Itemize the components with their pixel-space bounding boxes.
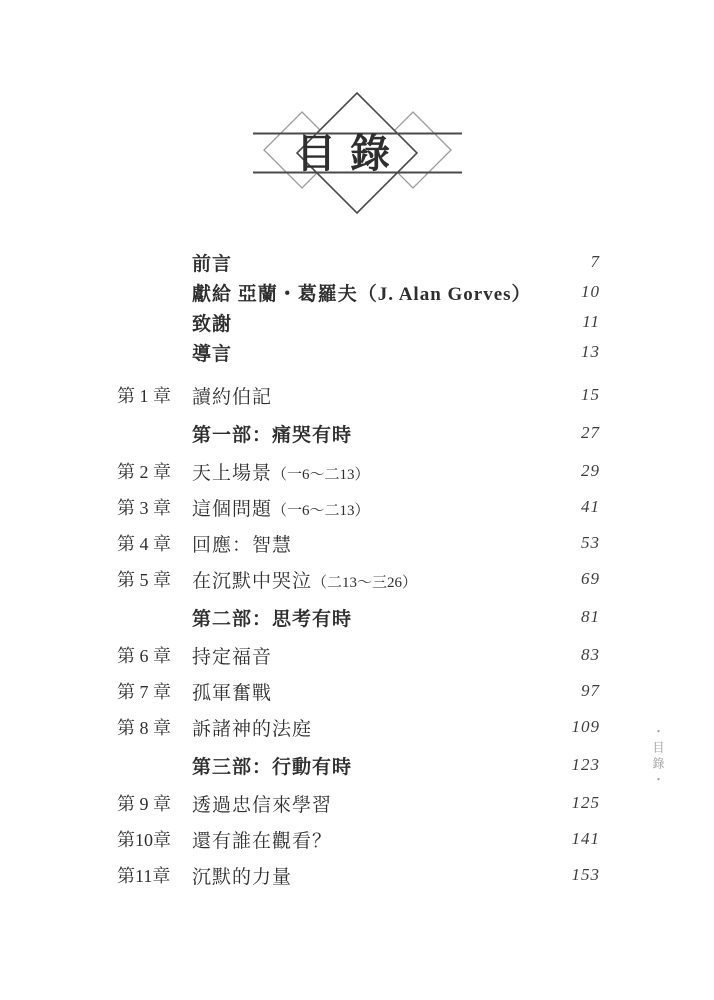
toc-row: 第 9 章 透過忠信來學習 125 <box>117 785 600 821</box>
chapter-number-label: 第 5 章 <box>117 566 192 592</box>
entry-page-number: 97 <box>581 681 600 701</box>
entry-page-number: 7 <box>591 252 601 272</box>
entry-title: 天上場景（一6～二13） <box>192 458 581 485</box>
entry-title: 透過忠信來學習 <box>192 790 572 817</box>
entry-title: 導言 <box>192 339 581 366</box>
toc-row: 第11章 沉默的力量 153 <box>117 857 600 893</box>
entry-page-number: 53 <box>581 533 600 553</box>
chapter-list: 第 1 章 讀約伯記 15 第一部：痛哭有時 27 第 2 章 天上場景（一6～… <box>117 377 600 893</box>
toc-row: 第10章 還有誰在觀看？ 141 <box>117 821 600 857</box>
entry-title: 第一部：痛哭有時 <box>192 420 581 447</box>
front-matter-list: 前言 7 獻給 亞蘭・葛羅夫（J. Alan Gorves） 10 致謝 11 … <box>117 247 600 367</box>
entry-page-number: 125 <box>572 793 601 813</box>
entry-title: 致謝 <box>192 309 582 336</box>
entry-title: 讀約伯記 <box>192 382 581 409</box>
entry-title: 沉默的力量 <box>192 862 572 889</box>
chapter-verse-range: （二13～三26） <box>312 575 417 591</box>
chapter-number-label: 第 7 章 <box>117 678 192 704</box>
chapter-verse-range: （一6～二13） <box>272 467 370 483</box>
toc-header-ornament: 目錄 <box>0 0 714 230</box>
entry-page-number: 13 <box>581 342 600 362</box>
toc-row: 前言 7 <box>117 247 600 277</box>
toc-row: 第 4 章 回應：智慧 53 <box>117 525 600 561</box>
entry-title: 訴諸神的法庭 <box>192 714 572 741</box>
entry-page-number: 10 <box>581 282 600 302</box>
chapter-number-label: 第 9 章 <box>117 790 192 816</box>
entry-title: 獻給 亞蘭・葛羅夫（J. Alan Gorves） <box>192 279 581 306</box>
entry-page-number: 83 <box>581 645 600 665</box>
entry-page-number: 123 <box>572 755 601 775</box>
entry-page-number: 69 <box>581 569 600 589</box>
chapter-number-label: 第 6 章 <box>117 642 192 668</box>
toc-row: 第 6 章 持定福音 83 <box>117 637 600 673</box>
entry-page-number: 141 <box>572 829 601 849</box>
entry-title: 這個問題（一6～二13） <box>192 494 581 521</box>
toc-row: 獻給 亞蘭・葛羅夫（J. Alan Gorves） 10 <box>117 277 600 307</box>
chapter-number-label: 第 2 章 <box>117 458 192 484</box>
entry-page-number: 41 <box>581 497 600 517</box>
chapter-number-label: 第 8 章 <box>117 714 192 740</box>
side-margin-label: ・目錄・ <box>650 725 667 789</box>
entry-title: 還有誰在觀看？ <box>192 826 572 853</box>
entry-page-number: 27 <box>581 423 600 443</box>
toc-row: 第一部：痛哭有時 27 <box>117 413 600 453</box>
entry-page-number: 109 <box>572 717 601 737</box>
entry-page-number: 81 <box>581 607 600 627</box>
toc-row: 第二部：思考有時 81 <box>117 597 600 637</box>
chapter-number-label: 第 3 章 <box>117 494 192 520</box>
entry-title: 孤軍奮戰 <box>192 678 581 705</box>
toc-row: 致謝 11 <box>117 307 600 337</box>
entry-title: 回應：智慧 <box>192 530 581 557</box>
chapter-number-label: 第11章 <box>117 862 192 888</box>
chapter-number-label: 第 1 章 <box>117 382 192 408</box>
toc-row: 第 1 章 讀約伯記 15 <box>117 377 600 413</box>
toc-row: 第 3 章 這個問題（一6～二13） 41 <box>117 489 600 525</box>
entry-title: 在沉默中哭泣（二13～三26） <box>192 566 581 593</box>
toc-row: 第 5 章 在沉默中哭泣（二13～三26） 69 <box>117 561 600 597</box>
entry-page-number: 29 <box>581 461 600 481</box>
chapter-number-label: 第 4 章 <box>117 530 192 556</box>
chapter-number-label: 第10章 <box>117 826 192 852</box>
toc-row: 第 8 章 訴諸神的法庭 109 <box>117 709 600 745</box>
entry-page-number: 15 <box>581 385 600 405</box>
toc-row: 第 2 章 天上場景（一6～二13） 29 <box>117 453 600 489</box>
entry-title: 第二部：思考有時 <box>192 604 581 631</box>
page-title: 目錄 <box>296 131 404 176</box>
entry-page-number: 11 <box>582 312 600 332</box>
entry-title: 前言 <box>192 249 591 276</box>
toc-row: 第三部：行動有時 123 <box>117 745 600 785</box>
toc-row: 導言 13 <box>117 337 600 367</box>
toc-row: 第 7 章 孤軍奮戰 97 <box>117 673 600 709</box>
entry-title: 第三部：行動有時 <box>192 752 572 779</box>
chapter-verse-range: （一6～二13） <box>272 503 370 519</box>
table-of-contents: 前言 7 獻給 亞蘭・葛羅夫（J. Alan Gorves） 10 致謝 11 … <box>117 247 600 893</box>
entry-title: 持定福音 <box>192 642 581 669</box>
entry-page-number: 153 <box>572 865 601 885</box>
